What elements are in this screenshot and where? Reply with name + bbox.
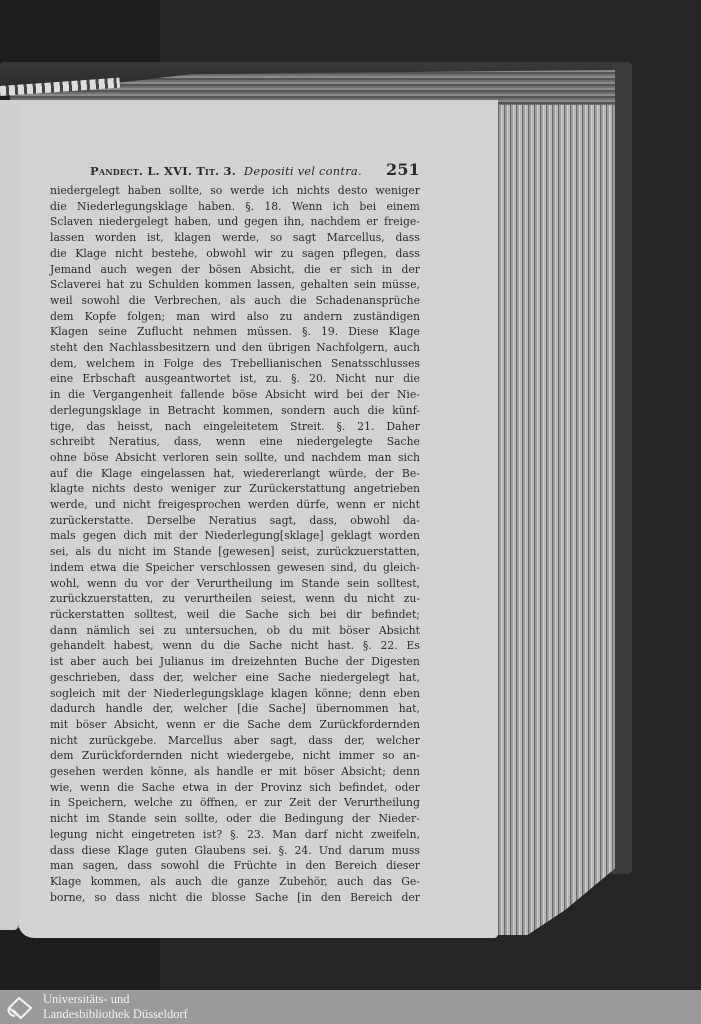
text-line: tige,dasheisst,nacheingeleitetemStreit.§… [50,419,420,435]
text-line: lassenwordenist,klagenwerde,sosagtMarcel… [50,230,420,246]
text-line: sogleichmitderNiederlegungsklageklagenkö… [50,686,420,702]
text-line: eineErbschaftausgeantwortetist,zu.§.20.N… [50,371,420,387]
text-line: zurückerstatte.DerselbeNeratiussagt,dass… [50,513,420,529]
text-line: dadurchhandleder,welcher[dieSache]überno… [50,701,420,717]
page-number: 251 [386,160,420,179]
text-line: mitböserAbsicht,wennerdieSachedemZurückf… [50,717,420,733]
text-line: demKopfefolgen;manwirdalsozuandernzustän… [50,309,420,325]
left-page-edge [0,100,20,930]
text-line: inSpeichern,welchezuöffnen,erzurZeitderV… [50,795,420,811]
text-line: stehtdenNachlassbesitzernunddenübrigenNa… [50,340,420,356]
text-line: sei,alsdunichtimStande[gewesen]seist,zur… [50,544,420,560]
running-head-subtitle: Depositi vel contra. [244,164,362,178]
text-line: indemetwadieSpeicherverschlossengewesens… [50,560,420,576]
running-head-title: Pandect. L. XVI. Tit. 3. [90,164,236,178]
text-line: aufdieKlageeingelassenhat,wiedererlangtw… [50,466,420,482]
text-line: werde,undnichtfreigesprochenwerdendürfe,… [50,497,420,513]
book-cover-right [612,62,632,874]
text-line: rückerstattensolltest,weildieSachesichbe… [50,607,420,623]
text-line: gehandelthabest,wenndudieSachenichthast.… [50,638,420,654]
text-line: Klagekommen,alsauchdieganzeZubehör,auchd… [50,874,420,890]
text-line: Sclavenniedergelegthaben,undgegenihn,nac… [50,214,420,230]
text-line: wie,wenndieSacheetwainderProvinzsichbefi… [50,780,420,796]
text-line: malsgegendichmitderNiederlegung[sklage]g… [50,528,420,544]
footer-bar: Universitäts- und Landesbibliothek Düsse… [0,990,701,1024]
book-logo-icon [5,994,35,1020]
text-line: JemandauchwegenderbösenAbsicht,dieersich… [50,262,420,278]
text-line: borne,sodassnichtdieblosseSache[indenBer… [50,890,420,906]
text-line: istaberauchbeiJulianusimdreizehntenBuche… [50,654,420,670]
text-line: dem,welcheminFolgedesTrebellianischenSen… [50,356,420,372]
text-line: weilsowohldieVerbrechen,alsauchdieSchade… [50,293,420,309]
body-text: niedergelegthabensollte,sowerdeichnichts… [50,183,420,905]
footer-line-2: Landesbibliothek Düsseldorf [43,1007,188,1022]
text-line: zurückzuerstatten,zuverurtheilenseiest,w… [50,591,420,607]
running-head: Pandect. L. XVI. Tit. 3. Depositi vel co… [90,160,420,180]
text-line: klagtenichtsdestowenigerzurZurückerstatt… [50,481,420,497]
text-line: dieNiederlegungsklagehaben.§.18.Wennichb… [50,199,420,215]
footer-text: Universitäts- und Landesbibliothek Düsse… [43,992,188,1022]
text-line: SclavereihatzuSchuldenkommenlassen,gehal… [50,277,420,293]
text-line: ohneböseAbsichtverlorenseinsollte,undnac… [50,450,420,466]
text-line: derlegungsklageinBetrachtkommen,sonderna… [50,403,420,419]
text-line: geschrieben,dassder,welchereineSachenied… [50,670,420,686]
text-line: dannnämlichseizuuntersuchen,obdumitböser… [50,623,420,639]
footer-line-1: Universitäts- und [43,992,188,1007]
text-line: dassdieseKlagegutenGlaubenssei.§.24.Undd… [50,843,420,859]
text-line: legungnichteingetretenist?§.23.Mandarfni… [50,827,420,843]
text-line: schreibtNeratius,dass,wenneineniedergele… [50,434,420,450]
text-line: dieKlagenichtbestehe,obwohlwirzusagenpfl… [50,246,420,262]
text-line: gesehenwerdenkönne,alshandleermitböserAb… [50,764,420,780]
page-stack-right-edge [490,105,615,935]
text-line: nichtzurückgebe.Marcellusabersagt,dassde… [50,733,420,749]
text-line: indieVergangenheitfallendeböseAbsichtwir… [50,387,420,403]
text-line: niedergelegthabensollte,sowerdeichnichts… [50,183,420,199]
text-line: KlagenseineZufluchtnehmenmüssen.§.19.Die… [50,324,420,340]
text-line: mansagen,dasssowohldieFrüchteindenBereic… [50,858,420,874]
text-line: nichtimStandeseinsollte,oderdieBedingung… [50,811,420,827]
text-line: demZurückforderndennichtwiedergebe,nicht… [50,748,420,764]
text-line: wohl,wennduvorderVerurtheilungimStandese… [50,576,420,592]
